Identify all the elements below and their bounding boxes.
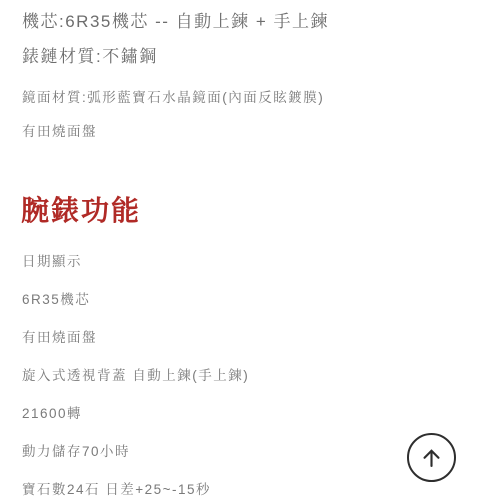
section-title-watch-functions: 腕錶功能 bbox=[21, 195, 141, 227]
spec-bracelet-material-text: 錶鏈材質:不鏽鋼 bbox=[22, 42, 158, 67]
feature-item-dial: 有田燒面盤 bbox=[22, 326, 97, 346]
spec-crystal-material-text: 鏡面材質:弧形藍寶石水晶鏡面(內面反眩鍍膜) bbox=[22, 86, 324, 106]
arrow-up-icon bbox=[418, 444, 445, 471]
feature-item-caseback: 旋入式透視背蓋 自動上鍊(手上鍊) bbox=[22, 364, 249, 384]
feature-item-movement: 6R35機芯 bbox=[22, 288, 90, 308]
feature-item-power-reserve: 動力儲存70小時 bbox=[22, 440, 130, 460]
scroll-to-top-button[interactable] bbox=[407, 433, 456, 482]
feature-item-jewels-accuracy: 寶石數24石 日差+25~-15秒 bbox=[22, 478, 211, 498]
spec-movement-text: 機芯:6R35機芯 -- 自動上鍊 + 手上鍊 bbox=[22, 7, 329, 32]
spec-dial-text: 有田燒面盤 bbox=[22, 120, 97, 140]
feature-item-date-display: 日期顯示 bbox=[22, 250, 82, 270]
product-description-page: 機芯:6R35機芯 -- 自動上鍊 + 手上鍊 錶鏈材質:不鏽鋼 鏡面材質:弧形… bbox=[0, 0, 500, 500]
feature-item-vibrations: 21600轉 bbox=[22, 402, 82, 422]
